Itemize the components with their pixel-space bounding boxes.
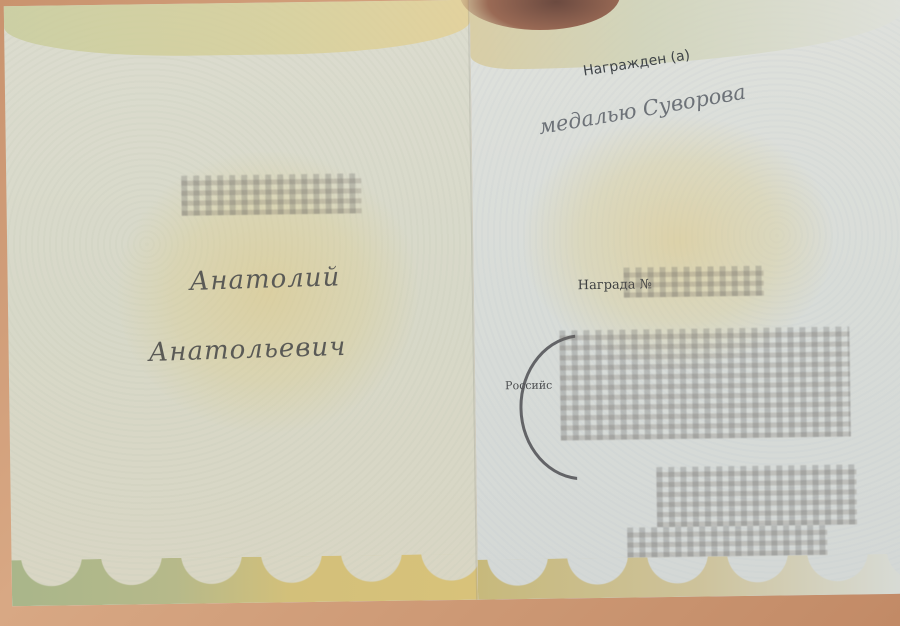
patronymic: Анатольевич [148,332,347,368]
surname-redacted [181,173,362,216]
decorative-border-bottom [478,554,900,600]
decorative-border-bottom [12,554,479,607]
date-redacted [627,525,827,558]
left-page: Анатолий Анатольевич [4,0,478,606]
right-page: Награжден (а) медалью Суворова Награда №… [470,0,900,600]
award-number-redacted [623,266,763,298]
certificate-booklet: Анатолий Анатольевич Награжден (а) медал… [4,0,900,616]
region-label: Российс [505,379,552,393]
signature-redacted [559,326,851,440]
decorative-border-top [4,0,471,58]
first-name: Анатолий [189,262,341,297]
issuer-redacted [656,464,857,527]
